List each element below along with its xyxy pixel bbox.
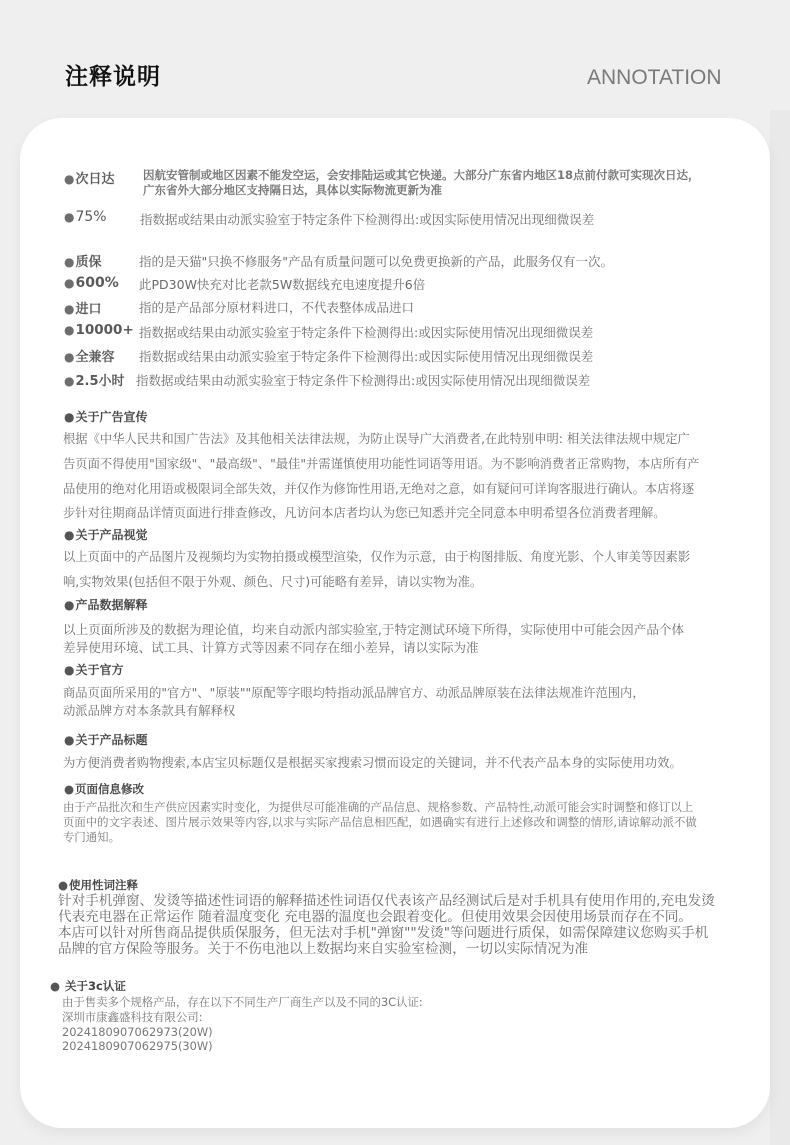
bullet-desc-75: 指数据或结果由动派实验室于特定条件下检测得出:或因实际使用情况出现细微误差 <box>140 210 594 228</box>
bullet-dot-icon: ● <box>64 410 74 424</box>
bullet-dot-icon: ● <box>50 979 60 993</box>
section-title-page-info: ●页面信息修改 <box>64 781 144 797</box>
section-ad-line-4: 步针对往期商品详情页面进行排查修改，凡访问本店者均认为您已知悉并完全同意本申明希… <box>63 501 666 525</box>
bullet-label: 次日达 <box>75 172 114 187</box>
bullet-75: ●75% <box>64 209 107 225</box>
bullet-compat: ●全兼容 <box>64 346 115 365</box>
section-page-info-line-3: 专门通知。 <box>63 829 120 845</box>
bullet-label: 75% <box>75 209 106 225</box>
bullet-dot-icon: ● <box>64 350 74 364</box>
section-title-usage: ●使用性词注释 <box>58 877 138 893</box>
section-data-line-1: 以上页面所涉及的数据为理论值，均来自动派内部实验室,于特定测试环境下所得，实际使… <box>63 620 684 639</box>
right-edge-strip <box>770 110 790 1145</box>
page-subtitle-en: ANNOTATION <box>587 66 722 90</box>
bullet-dot-icon: ● <box>64 782 74 796</box>
section-ad-line-2: 告页面不得使用"国家级"、"最高级"、"最佳"并需谨慎使用功能性词语等用语。为不… <box>63 452 700 476</box>
section-usage-line-3: 本店可以针对所售商品提供质保服务，但无法对手机"弹窗""发烫"等问题进行质保，如… <box>58 926 708 942</box>
bullet-2-5h: ●2.5小时 <box>64 370 125 389</box>
bullet-dot-icon: ● <box>58 878 68 892</box>
section-visual-line-1: 以上页面中的产品图片及视频均为实物拍摄或模型渲染，仅作为示意，由于构图排版、角度… <box>63 545 690 569</box>
bullet-label: 质保 <box>75 255 101 270</box>
section-ad-line-3: 品使用的绝对化用语或极限词全部失效，并仅作为修饰性用语,无绝对之意，如有疑问可详… <box>63 477 694 501</box>
bullet-desc-import: 指的是产品部分原材料进口，不代表整体成品进口 <box>139 298 414 316</box>
cert-number-20w: 2024180907062973(20W) <box>62 1025 213 1040</box>
bullet-dot-icon: ● <box>64 598 74 612</box>
bullet-dot-icon: ● <box>64 323 74 337</box>
bullet-label: 进口 <box>75 302 101 317</box>
bullet-desc-next-day-1: 因航安管制或地区因素不能发空运，会安排陆运或其它快递。大部分广东省内地区18点前… <box>143 167 700 183</box>
bullet-desc-10000: 指数据或结果由动派实验室于特定条件下检测得出:或因实际使用情况出现细微误差 <box>139 323 593 341</box>
bullet-import: ●进口 <box>64 298 102 317</box>
bullet-dot-icon: ● <box>64 302 74 316</box>
bullet-desc-600: 此PD30W快充对比老款5W数据线充电速度提升6倍 <box>139 275 425 293</box>
section-3c-line-2: 深圳市康鑫盛科技有限公司: <box>62 1010 203 1025</box>
section-page-info-line-2: 页面中的文字表述、图片展示效果等内容,以求与实际产品信息相匹配，如遇确实有进行上… <box>63 814 697 830</box>
section-title-data: ●产品数据解释 <box>64 596 148 613</box>
section-usage-line-2: 代表充电器在正常运作 随着温度变化 充电器的温度也会跟着变化。但使用效果会因使用… <box>58 910 692 926</box>
section-data-line-2: 差异使用环境、试工具、计算方式等因素不同存在细小差异，请以实际为准 <box>63 638 479 657</box>
section-ad-line-1: 根据《中华人民共和国广告法》及其他相关法律法规，为防止误导广大消费者,在此特别申… <box>63 427 690 451</box>
section-title-ad: ●关于广告宣传 <box>64 408 148 425</box>
bullet-desc-warranty: 指的是天猫"只换不修服务"产品有质量问题可以免费更换新的产品，此服务仅有一次。 <box>139 252 613 270</box>
bullet-dot-icon: ● <box>64 255 74 269</box>
bullet-dot-icon: ● <box>64 663 74 677</box>
section-official-line-1: 商品页面所采用的"官方"、"原装""原配等字眼均特指动派品牌官方、动派品牌原装在… <box>63 684 645 703</box>
bullet-desc-compat: 指数据或结果由动派实验室于特定条件下检测得出:或因实际使用情况出现细微误差 <box>139 347 593 365</box>
bullet-dot-icon: ● <box>64 733 74 747</box>
cert-number-30w: 2024180907062975(30W) <box>62 1039 213 1054</box>
bullet-dot-icon: ● <box>64 276 74 290</box>
section-visual-line-2: 响,实物效果(包括但不限于外观、颜色、尺寸)可能略有差异，请以实物为准。 <box>63 570 482 594</box>
section-official-line-2: 动派品牌方对本条款具有解释权 <box>63 702 235 721</box>
section-3c-line-1: 由于售卖多个规格产品，存在以下不同生产厂商生产以及不同的3C认证: <box>62 995 423 1010</box>
section-page-info-line-1: 由于产品批次和生产供应因素实时变化，为提供尽可能准确的产品信息、规格参数、产品特… <box>63 799 693 815</box>
bullet-dot-icon: ● <box>64 528 74 542</box>
bullet-label: 10000+ <box>75 322 133 338</box>
section-usage-line-1: 针对手机弹窗、发烫等描述性词语的解释描述性词语仅代表该产品经测试后是对手机具有使… <box>58 894 715 910</box>
bullet-600: ●600% <box>64 275 119 291</box>
section-title-visual: ●关于产品视觉 <box>64 526 148 543</box>
bullet-next-day: ●次日达 <box>64 168 115 187</box>
bullet-10000: ●10000+ <box>64 322 134 338</box>
bullet-dot-icon: ● <box>64 210 74 224</box>
bullet-desc-next-day-2: 广东省外大部分地区支持隔日达，具体以实际物流更新为准 <box>143 182 442 198</box>
section-product-title-line-1: 为方便消费者购物搜索,本店宝贝标题仅是根据买家搜索习惯而设定的关键词，并不代表产… <box>63 754 682 773</box>
section-title-3c: ●关于3c认证 <box>50 978 126 994</box>
bullet-label: 600% <box>75 275 118 291</box>
section-usage-line-4: 品牌的官方保险等服务。关于不伤电池以上数据均来自实验室检测，一切以实际情况为准 <box>58 942 588 958</box>
bullet-label: 2.5小时 <box>75 374 124 389</box>
bullet-desc-2-5h: 指数据或结果由动派实验室于特定条件下检测得出:或因实际使用情况出现细微误差 <box>136 371 590 389</box>
bullet-dot-icon: ● <box>64 172 74 186</box>
bullet-dot-icon: ● <box>64 374 74 388</box>
section-title-official: ●关于官方 <box>64 661 124 678</box>
bullet-label: 全兼容 <box>75 350 114 365</box>
section-title-product-title: ●关于产品标题 <box>64 731 148 748</box>
page-title: 注释说明 <box>65 58 161 91</box>
bullet-warranty: ●质保 <box>64 251 102 270</box>
